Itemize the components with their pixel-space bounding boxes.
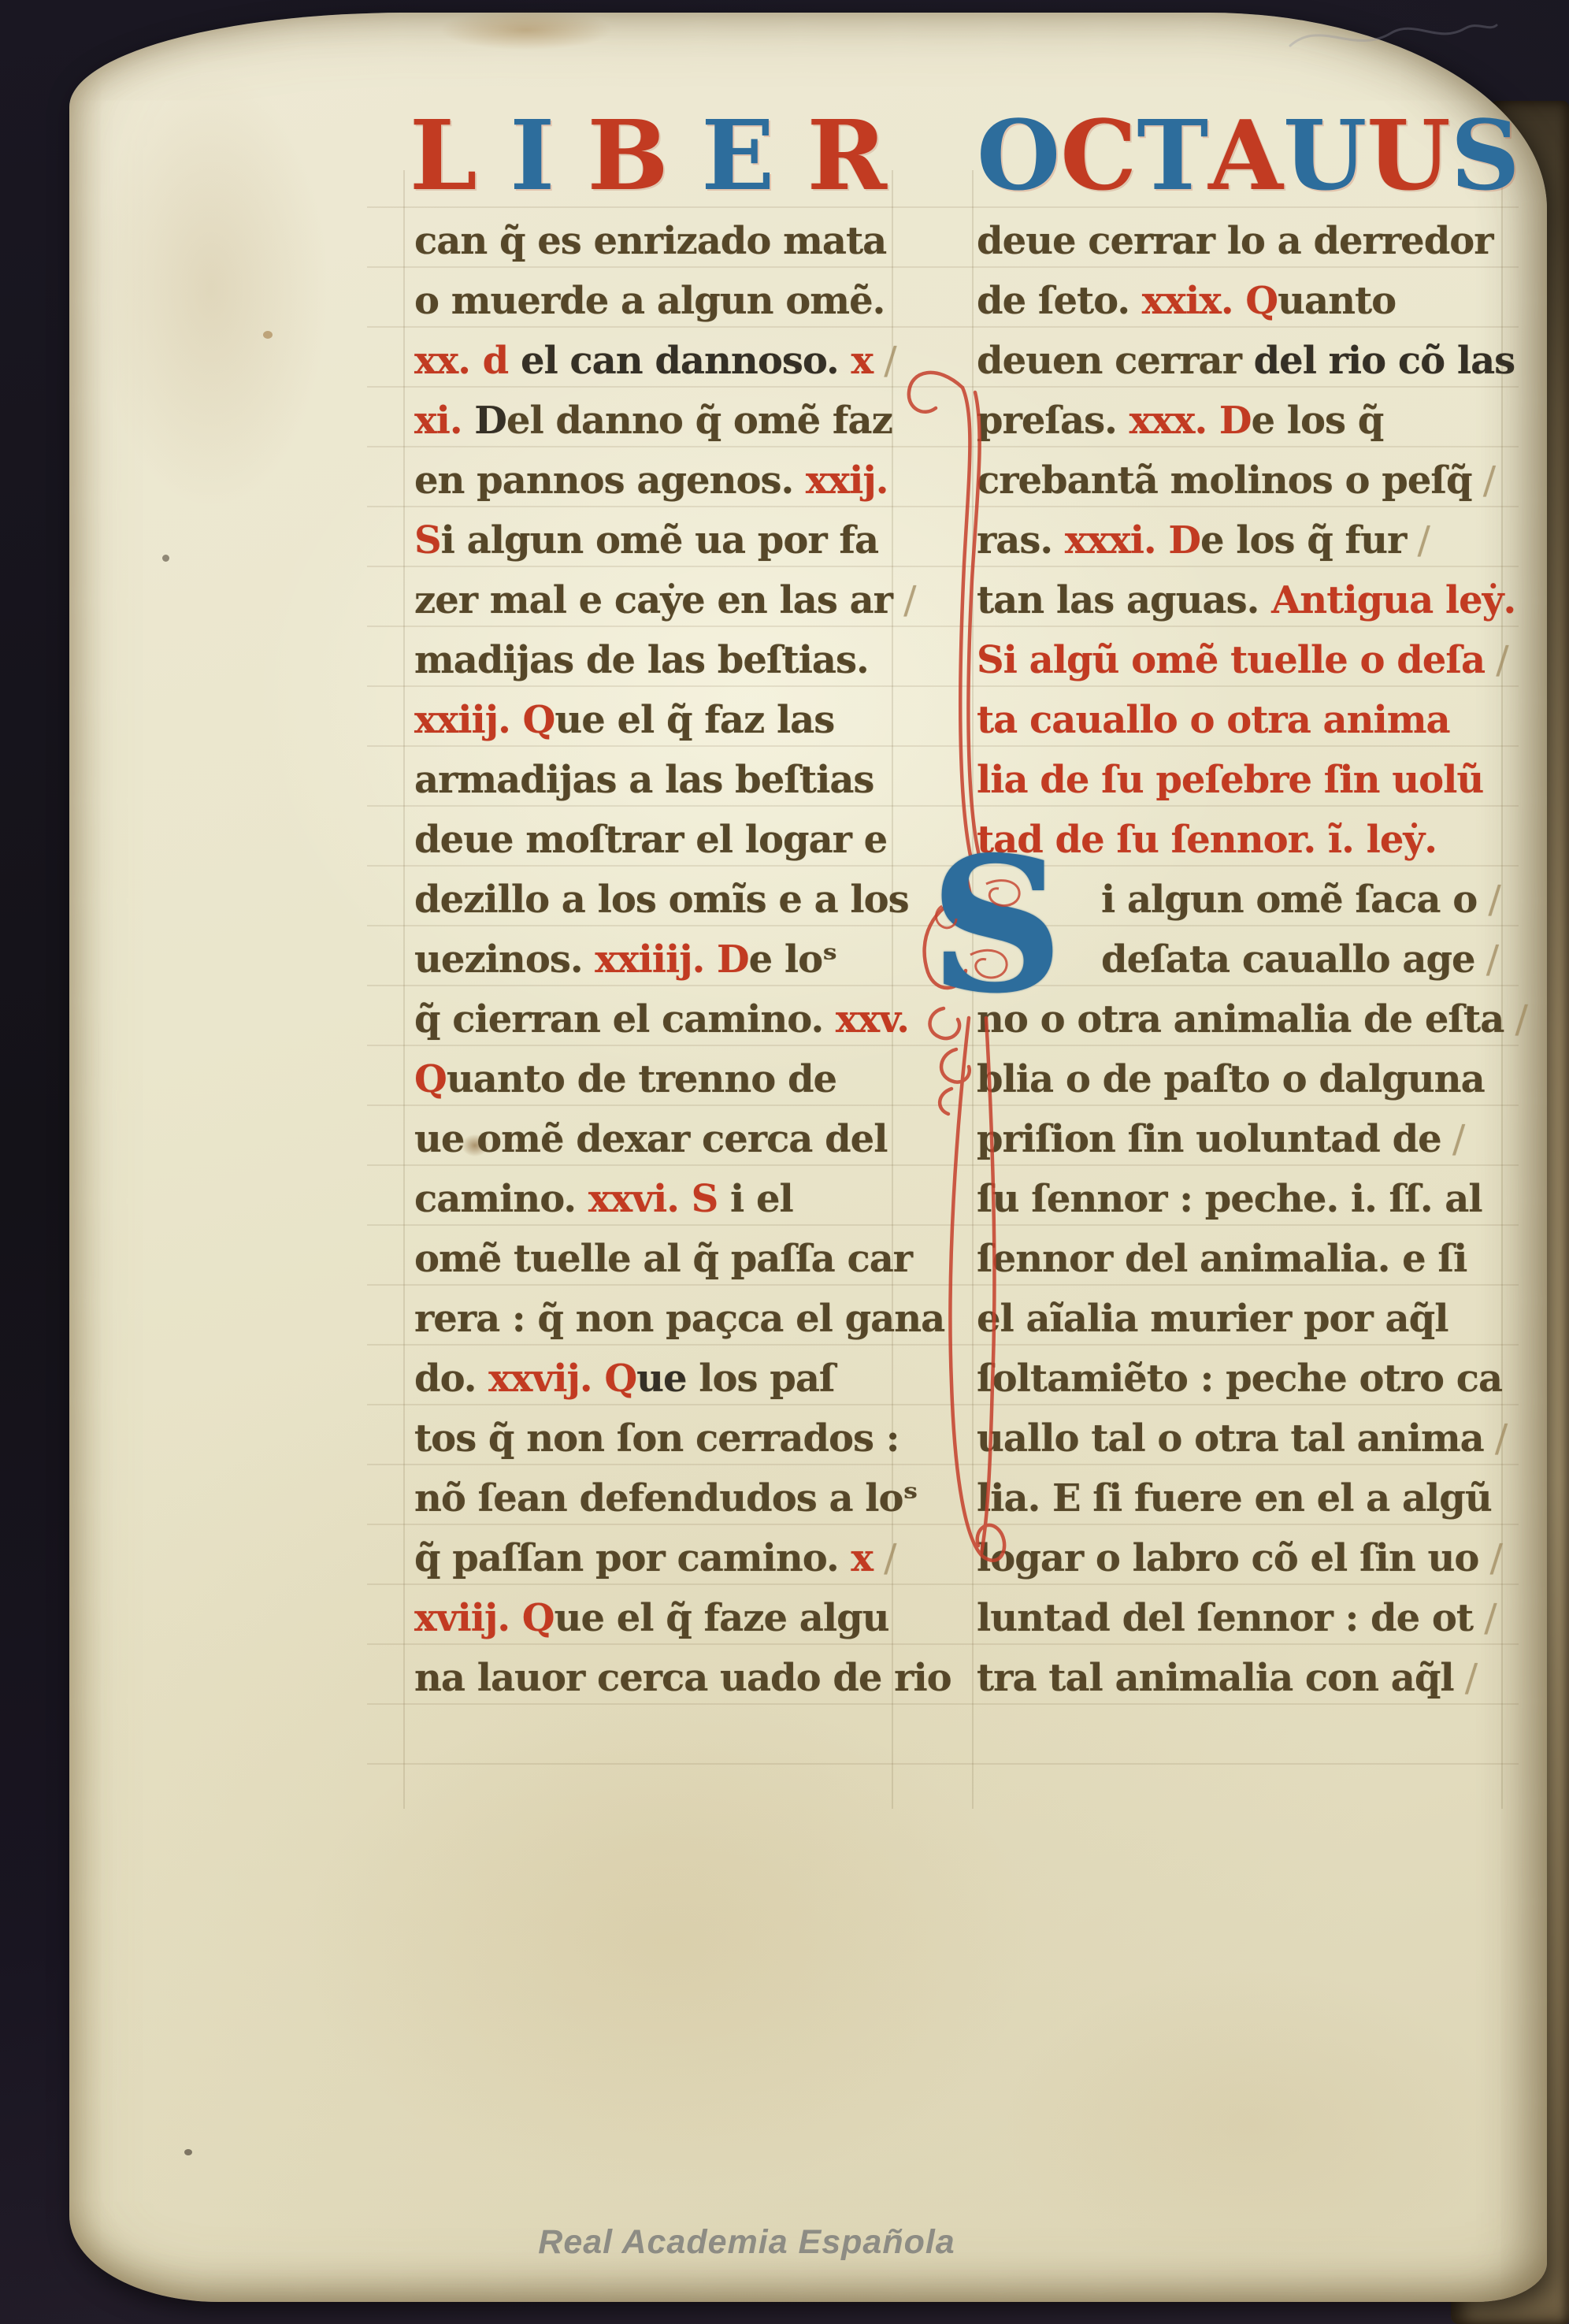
ruling-vertical (403, 170, 405, 1809)
text-line: tos q̃ non ſon cerrados : (414, 1409, 903, 1468)
text-segment: uallo tal o otra tal anima (977, 1416, 1484, 1461)
header-letter: C (1060, 104, 1137, 206)
text-segment: ∕ (1472, 458, 1495, 503)
text-segment: S (414, 518, 441, 562)
text-segment: q̃ paſſan por camino. (414, 1536, 851, 1580)
text-segment: xxvij. (488, 1357, 604, 1401)
text-segment: ras. (977, 518, 1065, 562)
text-line: o muerde a algun omẽ. (414, 271, 903, 331)
text-segment: tra tal animalia con aq̃l (977, 1656, 1454, 1700)
text-segment: ∕ (1477, 878, 1500, 922)
header-letter: A (1208, 104, 1283, 206)
text-line: Quanto de trenno de (414, 1049, 903, 1109)
text-segment: crebantã molinos o peſq̃ (977, 458, 1472, 503)
text-line: Si algũ omẽ tuelle o deſa ∕ (977, 630, 1520, 690)
text-line: ras. xxxi. De los q̃ fur ∕ (977, 510, 1520, 570)
header-letter: R (807, 104, 887, 206)
text-segment: d (483, 339, 521, 383)
text-segment: omẽ tuelle al q̃ paſſa car (414, 1237, 912, 1281)
text-segment: deuen cerrar (977, 339, 1254, 383)
text-segment: ſennor del animalia. e ſi (977, 1237, 1467, 1281)
text-segment: rera : q̃ non paçca el gana (414, 1297, 944, 1341)
text-segment: los paſ (687, 1357, 835, 1401)
library-watermark: Real Academia Española (479, 2223, 1014, 2262)
text-line: lia. E ſi fuere en el a algũ (977, 1468, 1520, 1528)
text-line: priſion ſin uoluntad de ∕ (977, 1109, 1520, 1169)
text-line: preſas. xxx. De los q̃ (977, 391, 1520, 451)
text-segment: uezinos. (414, 937, 595, 982)
text-line: ue omẽ dexar cerca del (414, 1109, 903, 1169)
text-line: ta cauallo o otra anima (977, 690, 1520, 750)
text-column-left: can q̃ es enrizado matao muerde a algun … (414, 211, 903, 1708)
header-letter: B (588, 104, 669, 206)
text-line: blia o de paſto o dalguna (977, 1049, 1520, 1109)
text-line: lia de ſu peſebre ſin uolũ (977, 750, 1520, 810)
illuminated-initial: S (925, 854, 1048, 1023)
text-segment: madijas de las beſtias. (414, 638, 869, 682)
text-segment: D (1219, 399, 1252, 443)
text-segment: tan las aguas. (977, 578, 1271, 622)
text-line: deue moſtrar el logar e (414, 810, 903, 870)
header-letter: T (1137, 104, 1208, 206)
text-segment: priſion ſin uoluntad de (977, 1117, 1441, 1161)
parchment-speck (184, 2149, 192, 2155)
text-line: luntad del ſennor : de ot ∕ (977, 1588, 1520, 1648)
text-segment: Q (523, 698, 555, 742)
text-segment: x (851, 1536, 873, 1580)
parchment-stain (298, 1691, 1038, 2195)
text-segment: Q (1245, 279, 1278, 323)
text-line: el aĩalia murier por aq̃l (977, 1289, 1520, 1349)
text-segment: el danno q̃ omẽ faz (506, 399, 892, 443)
text-line: xxiij. Que el q̃ faz las (414, 690, 903, 750)
text-segment: i algun omẽ ua por fa (441, 518, 878, 562)
text-segment: Antigua leẏ. (1271, 578, 1515, 622)
text-segment: o muerde a algun omẽ. (414, 279, 885, 323)
text-segment: de ſeto. (977, 279, 1142, 323)
header-title-liber: LIBER (410, 104, 887, 222)
text-segment: preſas. (977, 399, 1129, 443)
text-segment: ue el q̃ faze algu (555, 1596, 889, 1640)
text-line: Si algun omẽ ua por fa (414, 510, 903, 570)
text-segment: e loˢ (749, 937, 836, 982)
text-line: en pannos agenos. xxij. (414, 451, 903, 510)
text-line: crebantã molinos o peſq̃ ∕ (977, 451, 1520, 510)
text-segment: logar o labro cõ el ſin uo (977, 1536, 1478, 1580)
header-letter: O (977, 104, 1060, 206)
text-segment: ∕ (873, 339, 896, 383)
text-line: zer mal e caẏe en las ar ∕ (414, 570, 903, 630)
text-segment: ∕ (1441, 1117, 1464, 1161)
text-line: logar o labro cõ el ſin uo ∕ (977, 1528, 1520, 1588)
text-line: na lauor cerca uado de rio (414, 1648, 903, 1708)
text-segment: ∕ (892, 578, 915, 622)
text-segment: ∕ (1473, 1596, 1496, 1640)
text-segment: x (851, 339, 873, 383)
text-segment: ue (636, 1357, 686, 1401)
text-segment: ∕ (1504, 997, 1526, 1041)
text-segment: ta cauallo o otra anima (977, 698, 1450, 742)
text-segment: armadijas a las beſtias (414, 758, 874, 802)
parchment-stain (93, 68, 329, 509)
text-segment: D (474, 399, 506, 443)
header-letter: E (701, 104, 774, 206)
text-segment: lia de ſu peſebre ſin uolũ (977, 758, 1483, 802)
header-title-octavus: OCTAUUS (977, 104, 1503, 222)
manuscript-page: LIBER OCTAUUS can q̃ es enrizado matao m… (69, 13, 1547, 2302)
parchment-stain (999, 1966, 1503, 2281)
text-segment: ∕ (1478, 1536, 1501, 1580)
text-segment: ſu ſennor : peche. i. ſſ. al (977, 1177, 1482, 1221)
text-segment: xi. (414, 399, 474, 443)
text-segment: q̃ cierran el camino. (414, 997, 836, 1041)
text-segment: xxv. (836, 997, 909, 1041)
text-segment: ue el q̃ faz las (555, 698, 834, 742)
text-line: armadijas a las beſtias (414, 750, 903, 810)
text-line: ſennor del animalia. e ſi (977, 1229, 1520, 1289)
text-segment: en pannos agenos. (414, 458, 806, 503)
text-line: ſoltamiẽto : peche otro ca (977, 1349, 1520, 1409)
text-segment: xviij. (414, 1596, 522, 1640)
text-segment: nõ ſean defendudos a loˢ (414, 1476, 917, 1520)
text-segment: el can dannoso. (521, 339, 851, 383)
text-segment: e los q̃ fur (1200, 518, 1406, 562)
text-line: deue cerrar lo a derredor (977, 211, 1520, 271)
text-line: xi. Del danno q̃ omẽ faz (414, 391, 903, 451)
text-segment: e los q̃ (1252, 399, 1384, 443)
text-line: uallo tal o otra tal anima ∕ (977, 1409, 1520, 1468)
text-line: deuen cerrar del rio cõ las (977, 331, 1520, 391)
text-segment: camino. (414, 1177, 588, 1221)
header-letter: U (1367, 104, 1450, 206)
text-segment: S (692, 1177, 718, 1221)
header-letter: U (1283, 104, 1367, 206)
header-letter: I (510, 104, 555, 206)
text-segment: D (1168, 518, 1200, 562)
text-segment: ue omẽ dexar cerca del (414, 1117, 887, 1161)
text-segment: el aĩalia murier por aq̃l (977, 1297, 1448, 1341)
text-line: xviij. Que el q̃ faze algu (414, 1588, 903, 1648)
text-segment: ∕ (873, 1536, 896, 1580)
text-line: madijas de las beſtias. (414, 630, 903, 690)
text-segment: xxix. (1142, 279, 1246, 323)
text-segment: deue cerrar lo a derredor (977, 219, 1493, 263)
text-line: rera : q̃ non paçca el gana (414, 1289, 903, 1349)
text-segment: Q (522, 1596, 555, 1640)
text-segment: Q (414, 1057, 447, 1101)
text-segment: xxx. (1129, 399, 1219, 443)
text-segment: Q (604, 1357, 636, 1401)
text-segment: blia o de paſto o dalguna (977, 1057, 1485, 1101)
text-segment: dezillo a los omĩs e a los (414, 878, 909, 922)
text-segment: luntad del ſennor : de ot (977, 1596, 1473, 1640)
parchment-stain (440, 9, 613, 50)
text-segment: i algun omẽ ſaca o (1101, 878, 1477, 922)
parchment-speck (263, 331, 273, 339)
text-segment: lia. E ſi fuere en el a algũ (977, 1476, 1492, 1520)
text-segment: xxvi. (588, 1177, 692, 1221)
text-segment: can q̃ es enrizado mata (414, 219, 886, 263)
header-letter: S (1451, 104, 1520, 206)
text-segment: deue moſtrar el logar e (414, 818, 887, 862)
text-line: q̃ cierran el camino. xxv. (414, 989, 903, 1049)
text-segment: xxiij. (414, 698, 523, 742)
text-segment: ∕ (1454, 1656, 1477, 1700)
text-segment: ∕ (1485, 638, 1508, 682)
text-segment: xx. (414, 339, 483, 383)
text-segment: xxxi. (1065, 518, 1169, 562)
text-line: ſu ſennor : peche. i. ſſ. al (977, 1169, 1520, 1229)
text-segment: ∕ (1475, 937, 1498, 982)
photographed-manuscript-scene: { "page": { "header": { "left_letters": … (0, 0, 1569, 2324)
text-line: omẽ tuelle al q̃ paſſa car (414, 1229, 903, 1289)
text-line: xx. d el can dannoso. x ∕ (414, 331, 903, 391)
text-line: tan las aguas. Antigua leẏ. (977, 570, 1520, 630)
text-segment: ſoltamiẽto : peche otro ca (977, 1357, 1502, 1401)
text-line: tra tal animalia con aq̃l ∕ (977, 1648, 1520, 1708)
text-segment: do. (414, 1357, 488, 1401)
text-segment: xxij. (806, 458, 888, 503)
text-segment: deſata cauallo age (1101, 937, 1475, 982)
text-segment: ∕ (1484, 1416, 1507, 1461)
text-line: q̃ paſſan por camino. x ∕ (414, 1528, 903, 1588)
text-line: nõ ſean defendudos a loˢ (414, 1468, 903, 1528)
text-segment: uanto de trenno de (447, 1057, 836, 1101)
text-segment: Si algũ omẽ tuelle o deſa (977, 638, 1485, 682)
initial-filigree (925, 854, 1048, 1023)
text-line: can q̃ es enrizado mata (414, 211, 903, 271)
text-segment: D (717, 937, 749, 982)
parchment-speck (162, 555, 169, 562)
text-segment: i el (718, 1177, 792, 1221)
text-segment: ∕ (1406, 518, 1429, 562)
text-line: do. xxvij. Que los paſ (414, 1349, 903, 1409)
text-segment: uanto (1278, 279, 1396, 323)
header-letter: L (410, 104, 477, 206)
text-line: uezinos. xxiiij. De loˢ (414, 930, 903, 989)
text-segment: na lauor cerca uado de rio (414, 1656, 951, 1700)
text-line: de ſeto. xxix. Quanto (977, 271, 1520, 331)
faint-inscription-mark (1282, 9, 1503, 66)
text-line: camino. xxvi. S i el (414, 1169, 903, 1229)
text-segment: zer mal e caẏe en las ar (414, 578, 892, 622)
text-segment: xxiiij. (595, 937, 717, 982)
text-segment: tos q̃ non ſon cerrados : (414, 1416, 899, 1461)
text-segment: del rio cõ las (1254, 339, 1515, 383)
text-line: dezillo a los omĩs e a los (414, 870, 903, 930)
